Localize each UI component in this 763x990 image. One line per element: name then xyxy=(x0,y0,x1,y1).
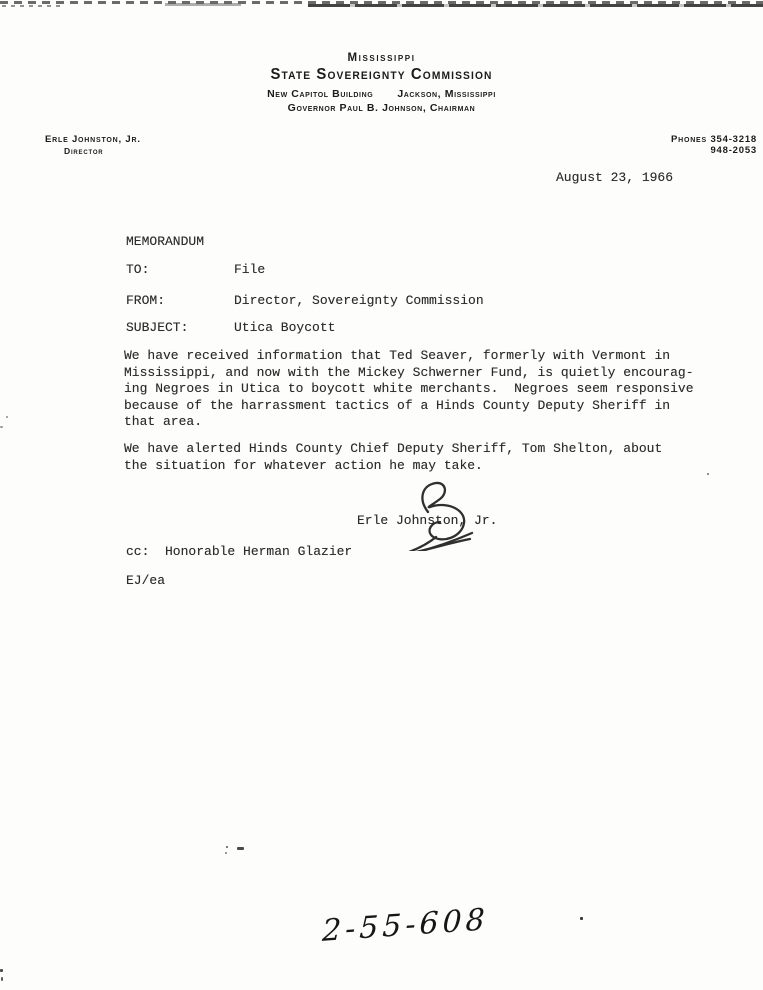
scan-edge-dashes-left xyxy=(2,5,62,7)
typed-signature-name: Erle Johnston, Jr. xyxy=(357,513,497,528)
scan-speck xyxy=(707,473,709,475)
scan-speck xyxy=(0,426,3,428)
director-name: Erle Johnston, Jr. xyxy=(45,134,141,145)
memo-paragraph-2: We have alerted Hinds County Chief Deput… xyxy=(124,441,662,474)
handwritten-file-number: 2-55-608 xyxy=(322,902,490,949)
scan-speck xyxy=(237,847,244,850)
document-page: Mississippi State Sovereignty Commission… xyxy=(0,0,763,990)
scan-speck xyxy=(225,852,227,854)
phones-line-1: Phones 354-3218 xyxy=(671,134,757,145)
scan-speck xyxy=(0,969,3,972)
phones-block: Phones 354-3218 948-2053 xyxy=(671,134,757,156)
scan-speck xyxy=(580,917,583,920)
letterhead-building: New Capitol Building xyxy=(267,88,373,100)
memo-paragraph-1: We have received information that Ted Se… xyxy=(124,348,694,431)
memo-field-label-to: TO: xyxy=(126,262,149,277)
memo-heading: MEMORANDUM xyxy=(126,234,204,249)
scan-edge-gray-segment xyxy=(165,3,241,6)
scan-speck xyxy=(6,416,8,418)
letterhead-city: Jackson, Mississippi xyxy=(397,88,496,100)
scan-edge-line-right xyxy=(308,4,763,7)
memo-field-value-from: Director, Sovereignty Commission xyxy=(234,293,484,308)
memo-date: August 23, 1966 xyxy=(556,170,673,185)
director-block: Erle Johnston, Jr. Director xyxy=(45,134,141,156)
scan-speck xyxy=(226,846,228,848)
letterhead-address-line: New Capitol BuildingJackson, Mississippi xyxy=(0,88,763,100)
letterhead-state-name: Mississippi xyxy=(0,52,763,64)
letterhead-chairman: Governor Paul B. Johnson, Chairman xyxy=(0,102,763,114)
cc-line: cc: Honorable Herman Glazier xyxy=(126,544,352,559)
phones-line-2: 948-2053 xyxy=(671,145,757,156)
scan-speck xyxy=(1,977,3,981)
memo-field-label-from: FROM: xyxy=(126,293,165,308)
director-title: Director xyxy=(45,146,141,156)
memo-field-value-to: File xyxy=(234,262,265,277)
letterhead-commission-name: State Sovereignty Commission xyxy=(27,66,737,84)
memo-field-label-subject: SUBJECT: xyxy=(126,320,188,335)
typist-initials: EJ/ea xyxy=(126,573,165,588)
memo-field-value-subject: Utica Boycott xyxy=(234,320,335,335)
